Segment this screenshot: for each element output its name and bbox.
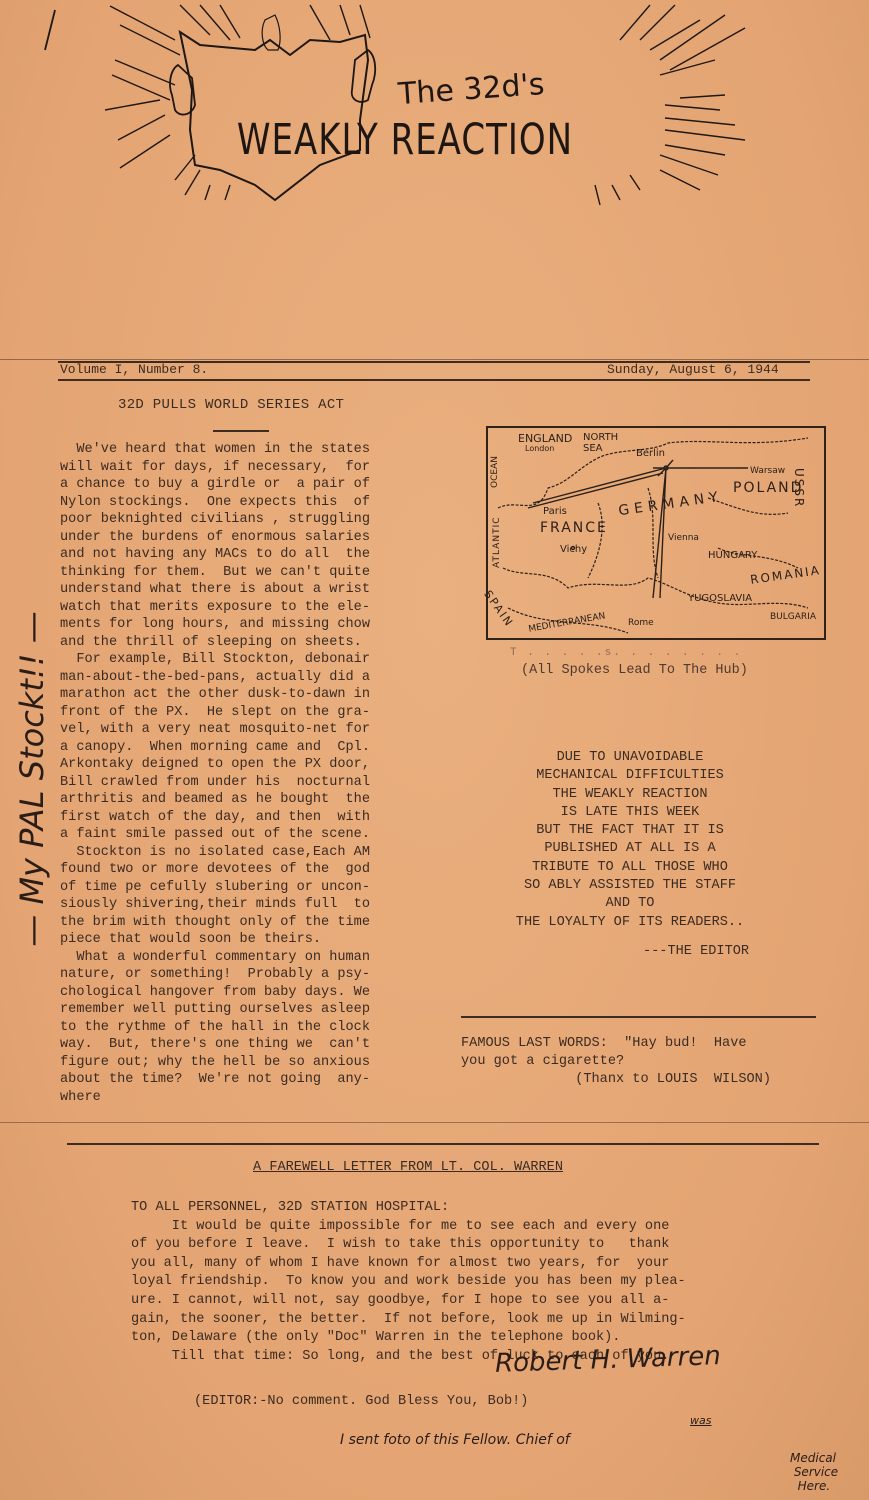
article-line: about the time? We're not going any- xyxy=(60,1071,420,1089)
article-line: siously shivering,their minds full to xyxy=(60,896,420,914)
map-label-yugoslavia: YUGOSLAVIA xyxy=(688,593,752,604)
article-line: the brim with thought only of the time xyxy=(60,914,420,932)
map-label-london: London xyxy=(525,444,554,453)
map-label-atlantic: ATLANTIC xyxy=(492,516,502,568)
article-line: For example, Bill Stockton, debonair xyxy=(60,651,420,669)
article-line: first watch of the day, and then with xyxy=(60,809,420,827)
map-label-ussr: USSR xyxy=(792,468,806,508)
article-line: a chance to buy a girdle or a pair of xyxy=(60,476,420,494)
article-line: watch that merits exposure to the ele- xyxy=(60,599,420,617)
issue-date: Sunday, August 6, 1944 xyxy=(607,362,779,377)
letter-line: of you before I leave. I wish to take th… xyxy=(131,1236,686,1255)
article-line: front of the PX. He slept on the gra- xyxy=(60,704,420,722)
letter-line: ure. I cannot, will not, say goodbye, fo… xyxy=(131,1292,686,1311)
notice-line: THE LOYALTY OF ITS READERS.. xyxy=(480,914,780,932)
map-label-vienna: Vienna xyxy=(668,533,699,543)
article-line: to the rythme of the hall in the clock xyxy=(60,1019,420,1037)
article-line: Arkontaky deigned to open the PX door, xyxy=(60,756,420,774)
section-rule xyxy=(67,1143,819,1145)
article-body: We've heard that women in the stateswill… xyxy=(60,441,420,1106)
late-notice: DUE TO UNAVOIDABLEMECHANICAL DIFFICULTIE… xyxy=(480,749,780,932)
editor-note: (EDITOR:-No comment. God Bless You, Bob!… xyxy=(194,1394,528,1409)
article-line: Bill crawled from under his nocturnal xyxy=(60,774,420,792)
map-label-north-sea: NORTH SEA xyxy=(583,432,623,454)
map-label-hungary: HUNGARY xyxy=(708,550,757,561)
fold-line xyxy=(0,1122,869,1123)
volume-number: Volume I, Number 8. xyxy=(60,362,208,377)
article-line: a canopy. When morning came and Cpl. xyxy=(60,739,420,757)
article-line: figure out; why the hell be so anxious xyxy=(60,1054,420,1072)
article-line: Nylon stockings. One expects this of xyxy=(60,494,420,512)
article-line: chological hangover from baby days. We xyxy=(60,984,420,1002)
article-line: of time pe cefully slubering or uncon- xyxy=(60,879,420,897)
map-label-bulgaria: BULGARIA xyxy=(770,612,816,622)
famous-words-line: (Thanx to LOUIS WILSON) xyxy=(461,1071,771,1089)
masthead-title-line2: WEAKLY REACTION xyxy=(200,115,610,165)
famous-words-rule xyxy=(461,1016,816,1018)
handwritten-inserted-word: was xyxy=(690,1414,711,1427)
masthead: The 32d's WEAKLY REACTION xyxy=(0,0,869,260)
header-rule-bottom xyxy=(58,379,810,381)
article-line: under the burdens of enormous salaries xyxy=(60,529,420,547)
warren-signature: Robert H. Warren xyxy=(495,1341,722,1379)
famous-words-line: you got a cigarette? xyxy=(461,1053,771,1071)
article-line: where xyxy=(60,1089,420,1107)
article-line: nature, or something! Probably a psy- xyxy=(60,966,420,984)
article-line: remember well putting ourselves asleep xyxy=(60,1001,420,1019)
top-rule xyxy=(0,359,869,360)
map-label-ocean: OCEAN xyxy=(490,456,500,488)
headline-underrule xyxy=(213,430,269,432)
letter-line: TO ALL PERSONNEL, 32D STATION HOSPITAL: xyxy=(131,1199,686,1218)
notice-line: TRIBUTE TO ALL THOSE WHO xyxy=(480,859,780,877)
map-label-paris: Paris xyxy=(543,506,567,517)
letter-line: It would be quite impossible for me to s… xyxy=(131,1218,686,1237)
article-line: and the thrill of sleeping on sheets. xyxy=(60,634,420,652)
article-line: found two or more devotees of the god xyxy=(60,861,420,879)
margin-handwriting-text: — My PAL Stockt!! — xyxy=(13,519,51,1039)
europe-map-icon xyxy=(488,428,824,638)
notice-line: SO ABLY ASSISTED THE STAFF xyxy=(480,877,780,895)
editor-signature: ---THE EDITOR xyxy=(643,944,749,959)
map-label-warsaw: Warsaw xyxy=(750,466,785,476)
margin-handwriting: — My PAL Stockt!! — xyxy=(2,500,62,1060)
article-line: poor beknighted civilians , struggling xyxy=(60,511,420,529)
article-line: ments for long hours, and missing chow xyxy=(60,616,420,634)
handwritten-note: I sent foto of this Fellow. Chief of xyxy=(340,1432,570,1448)
article-line: a faint smile passed out of the scene. xyxy=(60,826,420,844)
famous-last-words: FAMOUS LAST WORDS: "Hay bud! Haveyou got… xyxy=(461,1035,771,1089)
article-line: What a wonderful commentary on human xyxy=(60,949,420,967)
map-label-rome: Rome xyxy=(628,618,654,628)
notice-line: AND TO xyxy=(480,895,780,913)
map-caption: (All Spokes Lead To The Hub) xyxy=(521,663,748,678)
notice-line: MECHANICAL DIFFICULTIES xyxy=(480,767,780,785)
notice-line: DUE TO UNAVOIDABLE xyxy=(480,749,780,767)
article-line: understand what there is about a wrist xyxy=(60,581,420,599)
notice-line: THE WEAKLY REACTION xyxy=(480,786,780,804)
map-caption-faded: T . . . . .s. . . . . . . . xyxy=(510,647,742,659)
farewell-title: A FAREWELL LETTER FROM LT. COL. WARREN xyxy=(253,1160,563,1175)
farewell-letter-body: TO ALL PERSONNEL, 32D STATION HOSPITAL: … xyxy=(131,1199,686,1366)
article-line: and not having any MACs to do all the xyxy=(60,546,420,564)
article-line: piece that would soon be theirs. xyxy=(60,931,420,949)
article-headline: 32D PULLS WORLD SERIES ACT xyxy=(118,397,344,413)
notice-line: BUT THE FACT THAT IT IS xyxy=(480,822,780,840)
article-line: way. But, there's one thing we can't xyxy=(60,1036,420,1054)
notice-line: IS LATE THIS WEEK xyxy=(480,804,780,822)
europe-map: ENGLAND London NORTH SEA Berlin Warsaw P… xyxy=(486,426,826,640)
article-line: vel, with a very neat mosquito-net for xyxy=(60,721,420,739)
article-line: will wait for days, if necessary, for xyxy=(60,459,420,477)
map-label-berlin: Berlin xyxy=(636,448,665,459)
notice-line: PUBLISHED AT ALL IS A xyxy=(480,840,780,858)
article-line: marathon act the other dusk-to-dawn in xyxy=(60,686,420,704)
article-line: man-about-the-bed-pans, actually did a xyxy=(60,669,420,687)
article-line: arthritis and beamed as he bought the xyxy=(60,791,420,809)
letter-line: loyal friendship. To know you and work b… xyxy=(131,1273,686,1292)
map-label-france: FRANCE xyxy=(540,520,608,536)
letter-line: gain, the sooner, the better. If not bef… xyxy=(131,1311,686,1330)
article-line: We've heard that women in the states xyxy=(60,441,420,459)
article-line: thinking for them. But we can't quite xyxy=(60,564,420,582)
article-line: Stockton is no isolated case,Each AM xyxy=(60,844,420,862)
famous-words-line: FAMOUS LAST WORDS: "Hay bud! Have xyxy=(461,1035,771,1053)
letter-line: you all, many of whom I have known for a… xyxy=(131,1255,686,1274)
handwritten-note-continuation: Medical Service Here. xyxy=(790,1451,838,1493)
map-label-vichy: Vichy xyxy=(560,544,587,555)
